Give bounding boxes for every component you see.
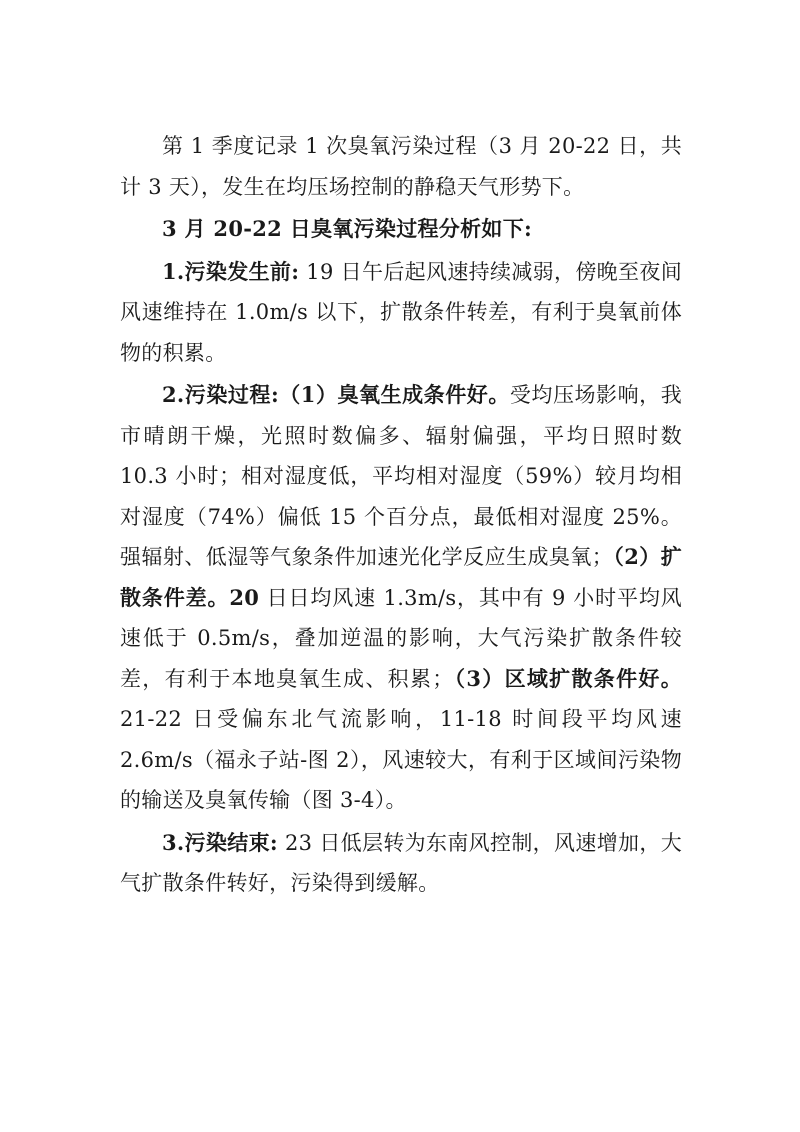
subheading-regional-diffusion: （3）区域扩散条件好。 bbox=[454, 666, 682, 691]
paragraph-pollution-process: 2.污染过程:（1）臭氧生成条件好。受均压场影响，我市晴朗干燥，光照时数偏多、辐… bbox=[120, 375, 682, 821]
heading-text: 3 月 20-22 日臭氧污染过程分析如下: bbox=[162, 216, 532, 241]
paragraph-pollution-end: 3.污染结束: 23 日低层转为东南风控制，风速增加，大气扩散条件转好，污染得到… bbox=[120, 823, 682, 904]
body-text: 21-22 日受偏东北气流影响，11-18 时间段平均风速 2.6m/s（福永子… bbox=[120, 707, 682, 812]
subheading-end: 3.污染结束: bbox=[162, 830, 278, 855]
body-text: 受均压场影响，我市晴朗干燥，光照时数偏多、辐射偏强，平均日照时数 10.3 小时… bbox=[120, 383, 682, 569]
subheading-before: 1.污染发生前: bbox=[162, 259, 299, 284]
summary-text: 第 1 季度记录 1 次臭氧污染过程（3 月 20-22 日，共计 3 天），发… bbox=[120, 134, 682, 199]
paragraph-summary: 第 1 季度记录 1 次臭氧污染过程（3 月 20-22 日，共计 3 天），发… bbox=[120, 126, 682, 207]
subheading-process: 2.污染过程:（1）臭氧生成条件好。 bbox=[162, 382, 510, 407]
document-page: 第 1 季度记录 1 次臭氧污染过程（3 月 20-22 日，共计 3 天），发… bbox=[120, 126, 682, 904]
section-heading: 3 月 20-22 日臭氧污染过程分析如下: bbox=[120, 209, 682, 250]
paragraph-before-pollution: 1.污染发生前: 19 日午后起风速持续减弱，傍晚至夜间风速维持在 1.0m/s… bbox=[120, 252, 682, 374]
bold-number: 20 bbox=[229, 585, 259, 610]
